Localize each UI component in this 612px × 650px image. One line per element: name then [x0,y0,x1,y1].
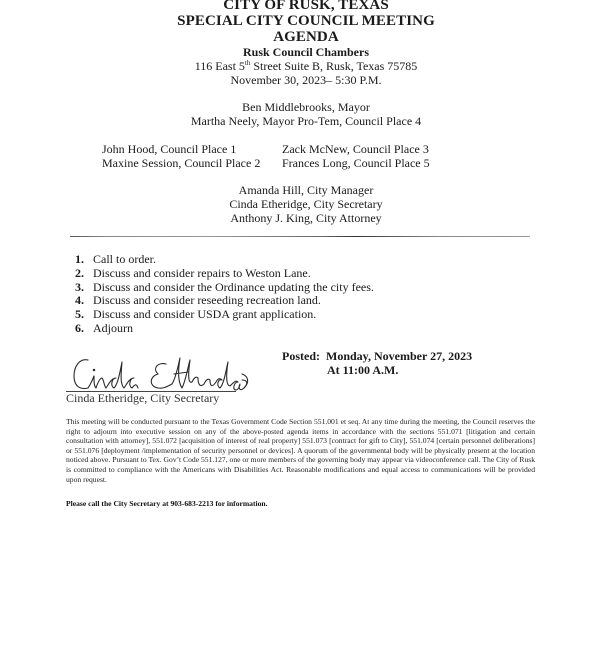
meeting-title: SPECIAL CITY COUNCIL MEETING [0,13,612,29]
agenda-item: 2.Discuss and consider repairs to Weston… [75,267,374,281]
meeting-datetime: November 30, 2023– 5:30 P.M. [0,73,612,87]
city-attorney: Anthony J. King, City Attorney [0,211,612,225]
address: 116 East 5th Street Suite B, Rusk, Texas… [0,59,612,73]
agenda-item: 6.Adjourn [75,322,374,336]
mayor-pro-tem: Martha Neely, Mayor Pro-Tem, Council Pla… [0,114,612,128]
mayor: Ben Middlebrooks, Mayor [0,100,612,114]
council-member: John Hood, Council Place 1 [102,142,236,156]
city-manager: Amanda Hill, City Manager [0,183,612,197]
contact-info: Please call the City Secretary at 903-68… [66,499,268,509]
agenda-item: 1.Call to order. [75,253,374,267]
agenda-item: 4.Discuss and consider reseeding recreat… [75,294,374,308]
legal-notice: This meeting will be conducted pursuant … [66,417,535,484]
agenda-item: 5.Discuss and consider USDA grant applic… [75,308,374,322]
divider [70,236,530,237]
council-member: Zack McNew, Council Place 3 [282,142,429,156]
signature-caption: Cinda Etheridge, City Secretary [66,391,219,405]
council-member: Frances Long, Council Place 5 [282,156,430,170]
council-member: Maxine Session, Council Place 2 [102,156,260,170]
posted-time: At 11:00 A.M. [327,363,398,377]
city-secretary: Cinda Etheridge, City Secretary [0,197,612,211]
posted-date: Posted:Monday, November 27, 2023 [282,349,472,363]
venue: Rusk Council Chambers [0,45,612,59]
agenda-title: AGENDA [0,29,612,45]
agenda-item: 3.Discuss and consider the Ordinance upd… [75,281,374,295]
city-title: CITY OF RUSK, TEXAS [0,0,612,13]
agenda-list: 1.Call to order. 2.Discuss and consider … [75,253,374,336]
